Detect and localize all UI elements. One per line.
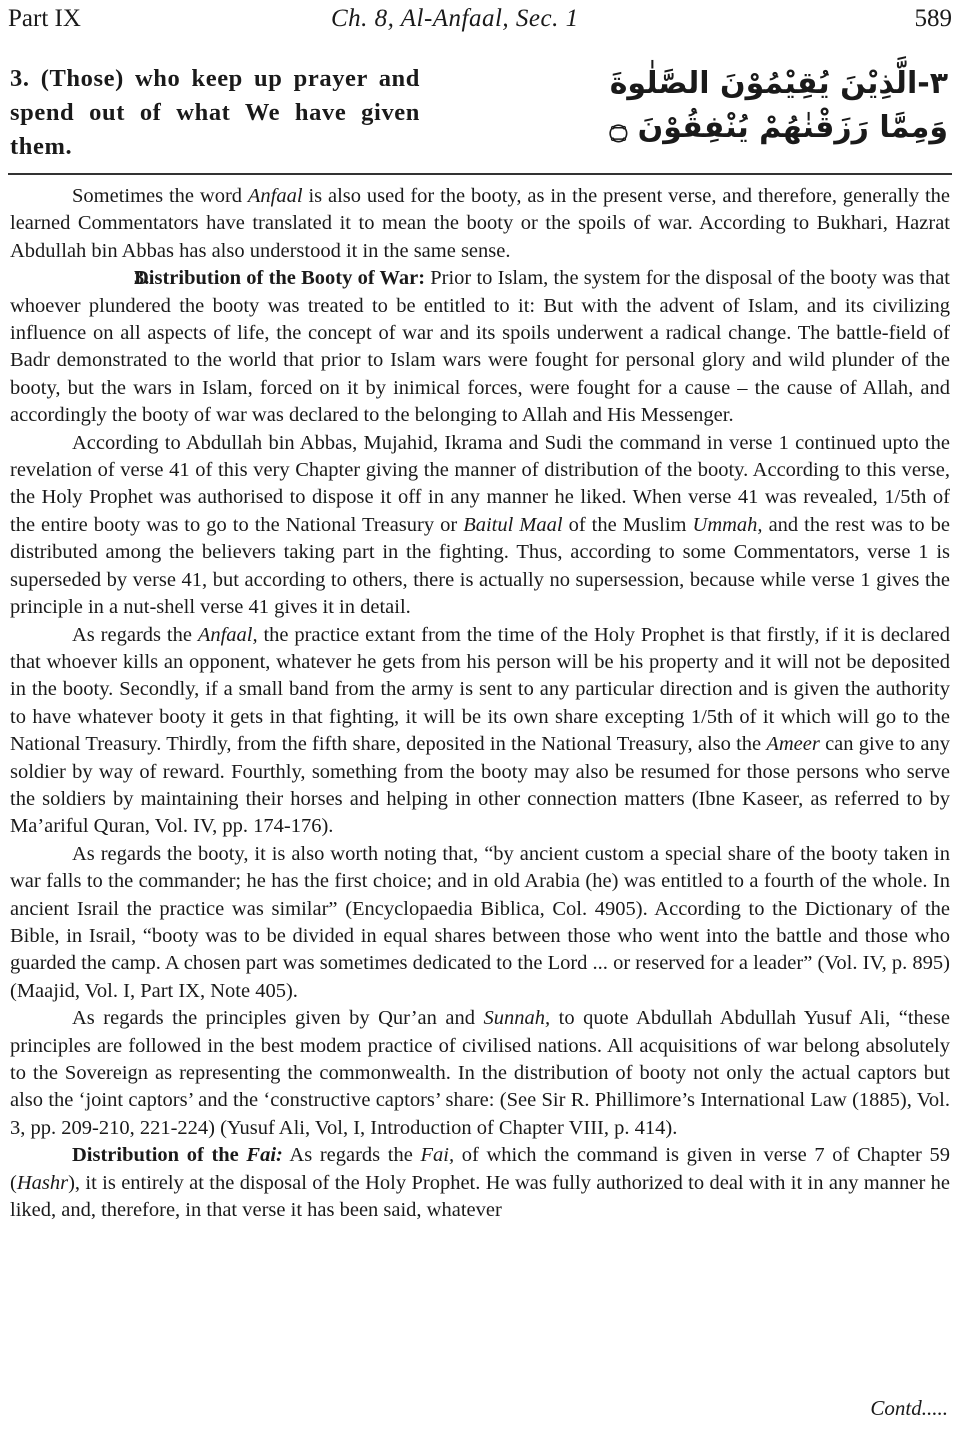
part-label: Part IX [8, 2, 81, 36]
commentary-body: Sometimes the word Anfaal is also used f… [10, 183, 950, 1224]
arabic-line-2: وَمِمَّا رَزَقْنٰهُمْ يُنْفِقُوْنَ ۝ [588, 106, 948, 150]
arabic-line-1: ٣-الَّذِيْنَ يُقِيْمُوْنَ الصَّلٰوةَ [588, 62, 948, 106]
section-number: 3. [72, 265, 134, 292]
verse-arabic: ٣-الَّذِيْنَ يُقِيْمُوْنَ الصَّلٰوةَ وَم… [588, 62, 948, 150]
running-header: Part IX Ch. 8, Al-Anfaal, Sec. 1 589 [8, 2, 952, 36]
verse-block: 3. (Those) who keep up prayer and spend … [10, 62, 950, 172]
page-number: 589 [915, 2, 953, 36]
paragraph-1: Sometimes the word Anfaal is also used f… [10, 183, 950, 265]
paragraph-6: As regards the principles given by Qur’a… [10, 1005, 950, 1142]
paragraph-4: As regards the Anfaal, the practice exta… [10, 622, 950, 841]
paragraph-2: 3.Distribution of the Booty of War: Prio… [10, 265, 950, 429]
fai-heading: Distribution of the Fai: [72, 1144, 283, 1166]
paragraph-5: As regards the booty, it is also worth n… [10, 841, 950, 1005]
paragraph-7: Distribution of the Fai: As regards the … [10, 1142, 950, 1224]
chapter-title: Ch. 8, Al-Anfaal, Sec. 1 [331, 2, 579, 36]
paragraph-3: According to Abdullah bin Abbas, Mujahid… [10, 430, 950, 622]
section-heading: Distribution of the Booty of War: [134, 267, 425, 289]
verse-translation: 3. (Those) who keep up prayer and spend … [10, 62, 420, 164]
divider-rule [8, 173, 952, 175]
term-anfaal: Anfaal [248, 185, 303, 207]
continued-note: Contd..... [870, 1396, 948, 1421]
